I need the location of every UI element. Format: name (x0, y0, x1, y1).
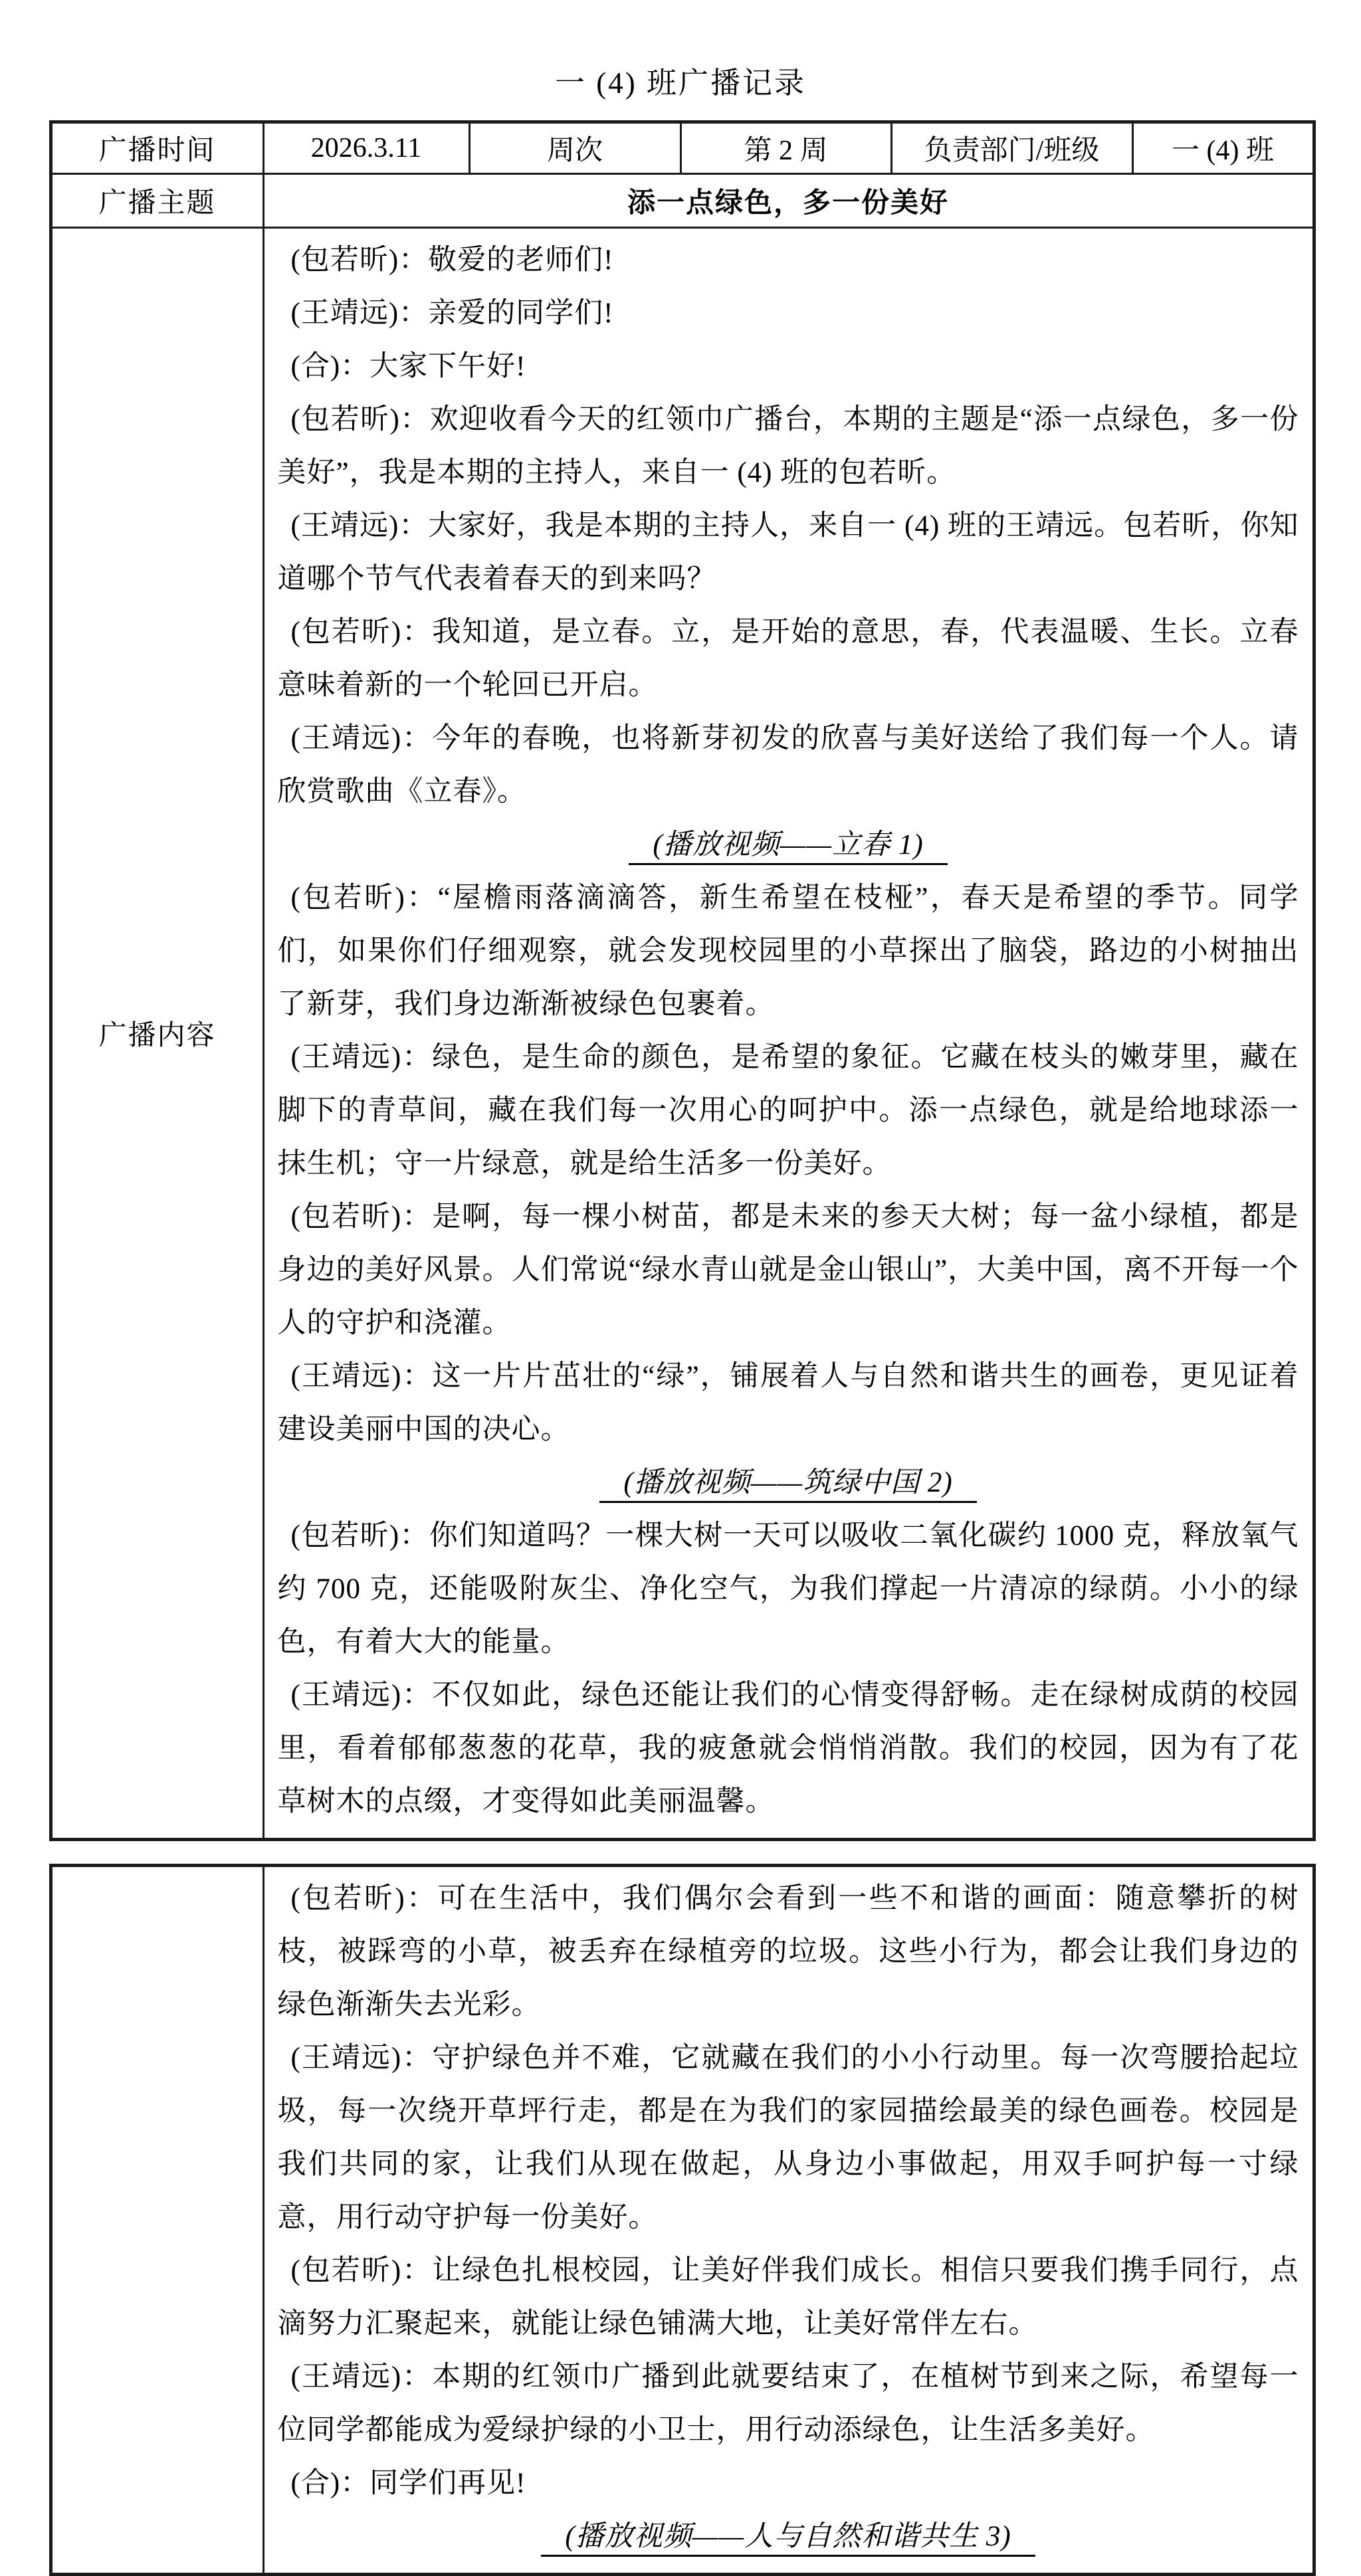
content-row: 广播内容 (包若昕)：敬爱的老师们!(王靖远)：亲爱的同学们!(合)：大家下午好… (51, 228, 1314, 1840)
week-label: 周次 (469, 122, 680, 174)
week-value: 第 2 周 (680, 122, 891, 174)
class-value: 一 (4) 班 (1132, 122, 1314, 174)
dialog-paragraph: (合)：同学们再见! (278, 2457, 1299, 2510)
video-cue-line: (播放视频——立春 1) (278, 819, 1299, 872)
dialog-paragraph: (王靖远)：今年的春晚，也将新芽初发的欣喜与美好送给了我们每一个人。请欣赏歌曲《… (278, 712, 1299, 819)
dialog-paragraph: (王靖远)：这一片片茁壮的“绿”，铺展着人与自然和谐共生的画卷，更见证着建设美丽… (278, 1350, 1299, 1456)
broadcast-content-table-continued: (包若昕)：可在生活中，我们偶尔会看到一些不和谐的画面：随意攀折的树枝，被踩弯的… (49, 1864, 1316, 2576)
broadcast-script-part-1: (包若昕)：敬爱的老师们!(王靖远)：亲爱的同学们!(合)：大家下午好!(包若昕… (278, 234, 1299, 1829)
dialog-paragraph: (包若昕)：可在生活中，我们偶尔会看到一些不和谐的画面：随意攀折的树枝，被踩弯的… (278, 1872, 1299, 2032)
broadcast-time-label: 广播时间 (51, 122, 263, 174)
content-row-continued: (包若昕)：可在生活中，我们偶尔会看到一些不和谐的画面：随意攀折的树枝，被踩弯的… (51, 1866, 1314, 2575)
broadcast-content-cell-continued: (包若昕)：可在生活中，我们偶尔会看到一些不和谐的画面：随意攀折的树枝，被踩弯的… (263, 1866, 1314, 2575)
video-cue-line: (播放视频——筑绿中国 2) (278, 1456, 1299, 1510)
broadcast-record-document: 一 (4) 班广播记录 广播时间 2026.3.11 周次 第 2 周 负责部门… (49, 0, 1312, 2576)
video-cue-line: (播放视频——人与自然和谐共生 3) (278, 2510, 1299, 2563)
video-cue-text: (播放视频——人与自然和谐共生 3) (541, 2521, 1035, 2557)
dialog-paragraph: (合)：大家下午好! (278, 340, 1299, 393)
page-title: 一 (4) 班广播记录 (49, 58, 1312, 102)
info-row: 广播时间 2026.3.11 周次 第 2 周 负责部门/班级 一 (4) 班 (51, 122, 1314, 174)
dialog-paragraph: (王靖远)：绿色，是生命的颜色，是希望的象征。它藏在枝头的嫩芽里，藏在脚下的青草… (278, 1031, 1299, 1191)
dialog-paragraph: (王靖远)：亲爱的同学们! (278, 287, 1299, 340)
dialog-paragraph: (包若昕)：让绿色扎根校园，让美好伴我们成长。相信只要我们携手同行，点滴努力汇聚… (278, 2244, 1299, 2351)
broadcast-info-table: 广播时间 2026.3.11 周次 第 2 周 负责部门/班级 一 (4) 班 … (49, 120, 1316, 1841)
content-label-empty (51, 1866, 263, 2575)
dialog-paragraph: (王靖远)：不仅如此，绿色还能让我们的心情变得舒畅。走在绿树成荫的校园里，看着郁… (278, 1669, 1299, 1829)
broadcast-script-part-2: (包若昕)：可在生活中，我们偶尔会看到一些不和谐的画面：随意攀折的树枝，被踩弯的… (278, 1872, 1299, 2563)
dialog-paragraph: (王靖远)：守护绿色并不难，它就藏在我们的小小行动里。每一次弯腰拾起垃圾，每一次… (278, 2032, 1299, 2244)
broadcast-time-value: 2026.3.11 (263, 122, 469, 174)
video-cue-text: (播放视频——立春 1) (629, 829, 947, 865)
dialog-paragraph: (王靖远)：本期的红领巾广播到此就要结束了，在植树节到来之际，希望每一位同学都能… (278, 2351, 1299, 2457)
broadcast-content-label: 广播内容 (51, 228, 263, 1840)
dialog-paragraph: (包若昕)：你们知道吗？一棵大树一天可以吸收二氧化碳约 1000 克，释放氧气约… (278, 1510, 1299, 1669)
broadcast-topic-label: 广播主题 (51, 174, 263, 228)
dialog-paragraph: (王靖远)：大家好，我是本期的主持人，来自一 (4) 班的王靖远。包若昕，你知道… (278, 500, 1299, 606)
dialog-paragraph: (包若昕)：是啊，每一棵小树苗，都是未来的参天大树；每一盆小绿植，都是身边的美好… (278, 1191, 1299, 1350)
dialog-paragraph: (包若昕)：我知道，是立春。立，是开始的意思，春，代表温暖、生长。立春意味着新的… (278, 606, 1299, 712)
broadcast-topic-value: 添一点绿色，多一份美好 (263, 174, 1314, 228)
topic-row: 广播主题 添一点绿色，多一份美好 (51, 174, 1314, 228)
video-cue-text: (播放视频——筑绿中国 2) (599, 1467, 976, 1503)
dialog-paragraph: (包若昕)：敬爱的老师们! (278, 234, 1299, 287)
dialog-paragraph: (包若昕)：欢迎收看今天的红领巾广播台，本期的主题是“添一点绿色，多一份美好”，… (278, 393, 1299, 500)
dialog-paragraph: (包若昕)：“屋檐雨落滴滴答，新生希望在枝桠”，春天是希望的季节。同学们，如果你… (278, 872, 1299, 1031)
broadcast-content-cell: (包若昕)：敬爱的老师们!(王靖远)：亲爱的同学们!(合)：大家下午好!(包若昕… (263, 228, 1314, 1840)
page-break-gap (49, 1841, 1312, 1864)
department-label: 负责部门/班级 (891, 122, 1132, 174)
